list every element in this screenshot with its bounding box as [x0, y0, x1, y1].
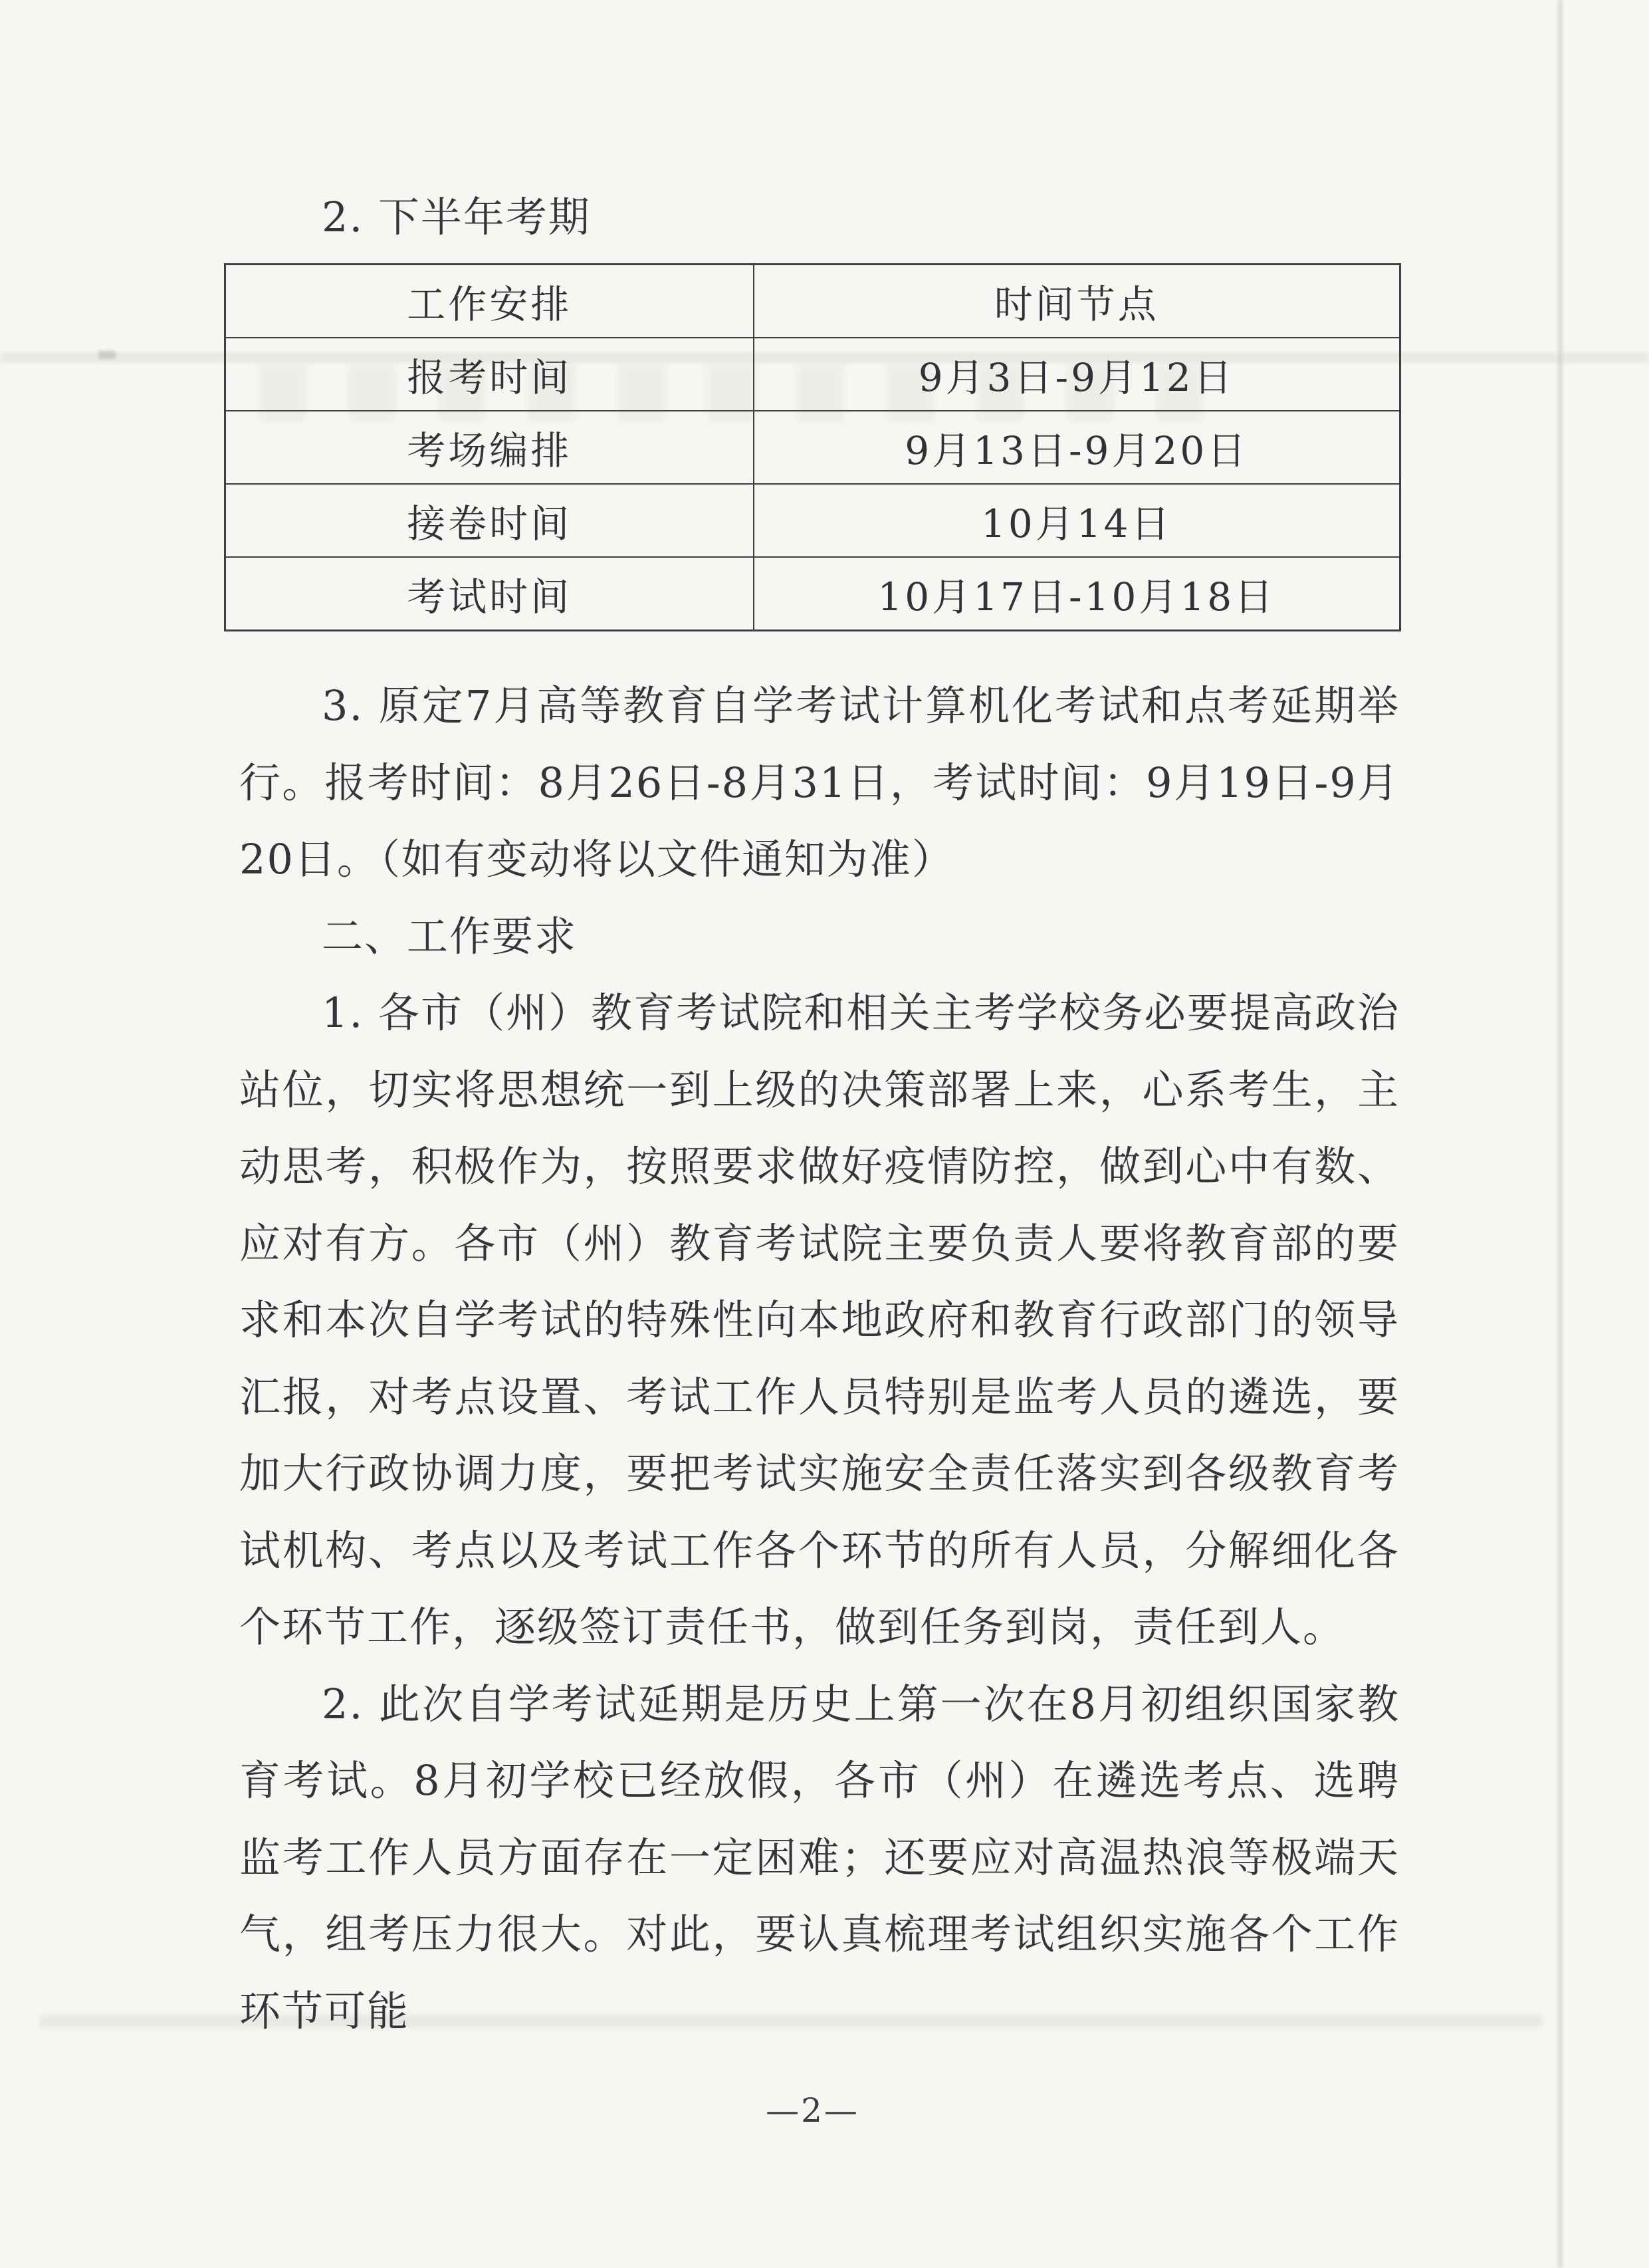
table-row: 报考时间 9月3日-9月12日: [225, 338, 1400, 411]
paragraph-computerized-exam-postponement: 3. 原定7月高等教育自学考试计算机化考试和点考延期举行。报考时间：8月26日-…: [239, 667, 1400, 898]
table-cell-paper-receipt-date: 10月14日: [754, 484, 1400, 557]
table-cell-room-assignment-dates: 9月13日-9月20日: [754, 411, 1400, 484]
table-cell-exam-time-dates: 10月17日-10月18日: [754, 557, 1400, 631]
section-heading-second-half-exam: 2. 下半年考期: [239, 178, 1400, 257]
schedule-table: 工作安排 时间节点 报考时间 9月3日-9月12日 考场编排 9月13日-9月2…: [224, 263, 1401, 631]
table-header-cell-work-arrangement: 工作安排: [225, 265, 754, 338]
table-cell-registration-dates: 9月3日-9月12日: [754, 338, 1400, 411]
scan-fold-line: [1558, 0, 1563, 2268]
paragraph-requirement-1: 1. 各市（州）教育考试院和相关主考学校务必要提高政治站位，切实将思想统一到上级…: [239, 974, 1400, 1666]
table-cell-exam-time-label: 考试时间: [225, 557, 754, 631]
table-header-row: 工作安排 时间节点: [225, 265, 1400, 338]
paragraph-requirement-2: 2. 此次自学考试延期是历史上第一次在8月初组织国家教育考试。8月初学校已经放假…: [239, 1666, 1400, 2050]
table-row: 接卷时间 10月14日: [225, 484, 1400, 557]
section-heading-work-requirements: 二、工作要求: [239, 898, 1400, 975]
page-number: —2—: [0, 2091, 1637, 2130]
document-body: 2. 下半年考期 工作安排 时间节点 报考时间 9月3日-9月12日 考场编排 …: [239, 178, 1400, 2049]
table-cell-room-assignment-label: 考场编排: [225, 411, 754, 484]
scan-speck: [98, 351, 116, 359]
table-cell-registration-label: 报考时间: [225, 338, 754, 411]
table-cell-paper-receipt-label: 接卷时间: [225, 484, 754, 557]
table-header-cell-time-node: 时间节点: [754, 265, 1400, 338]
table-row: 考试时间 10月17日-10月18日: [225, 557, 1400, 631]
table-row: 考场编排 9月13日-9月20日: [225, 411, 1400, 484]
document-page: 2. 下半年考期 工作安排 时间节点 报考时间 9月3日-9月12日 考场编排 …: [0, 0, 1649, 2268]
